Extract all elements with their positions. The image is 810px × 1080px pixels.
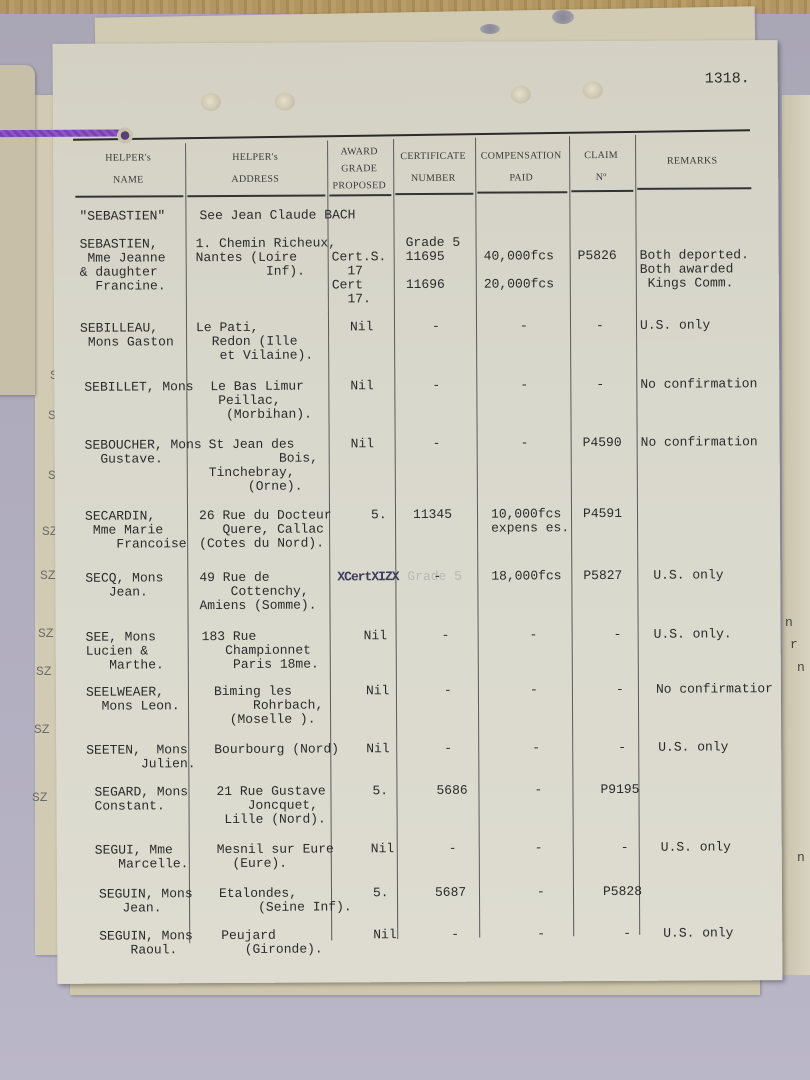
table-row: SEBILLET, Mons Le Bas Limur Peillac, (Mo… [54,377,779,381]
header-top-rule [73,129,750,140]
remarks: U.S. only [653,568,723,582]
claim-number: - [596,319,604,333]
helper-address: St Jean des Bois, Tinchebray, (Orne). [209,438,319,495]
compensation-paid: - [521,436,529,450]
claim-number: P5828 [603,885,642,899]
compensation-paid: - [537,927,545,941]
helper-address: Etalondes, (Seine Inf). [219,886,352,915]
right-edge-letter: n [785,615,793,630]
helper-address: Bourbourg (Nord) [214,742,339,757]
certificate-number: - [432,379,440,393]
margin-letter: SZ [40,568,56,583]
column-header-name: HELPER'sNAME [73,143,183,196]
certificate-number: 5687 [435,886,466,900]
remarks: No confirmatior [656,682,773,697]
claim-number: - [596,378,604,392]
helper-name: SEGUIN, Mons Jean. [99,887,193,915]
compensation-paid: 10,000fcs expens es. [491,507,569,535]
certificate-number: - [433,437,441,451]
award-grade: 5. [372,784,388,798]
helper-address: Biming les Rohrbach, (Moselle ). [214,684,323,727]
helper-address: 21 Rue Gustave Joncquet, Lille (Nord). [216,784,325,827]
claim-number: P5826 [578,235,617,263]
punch-hole [201,93,221,111]
page-number: 1318. [705,70,750,87]
award-grade: Nil [350,320,373,334]
table-row: "SEBASTIEN" See Jean Claude BACH [53,206,778,210]
helper-name: SEBILLET, Mons [84,380,193,395]
remarks: U.S. only [640,318,710,332]
helper-name: SEGARD, Mons Constant. [94,785,188,813]
helper-name: SEETEN, Mons Julien. [86,743,195,772]
back-sheet-hole [480,24,500,34]
helper-address: Le Bas Limur Peillac, (Morbihan). [210,380,312,423]
remarks: No confirmation [641,435,758,450]
table-row: SEBASTIEN, Mme Jeanne & daughter Francin… [54,234,779,238]
certificate-number: - [433,570,441,584]
punch-hole [275,93,295,111]
remarks: U.S. only [658,740,728,754]
helper-name: "SEBASTIEN" [79,209,165,223]
compensation-paid: 18,000fcs [491,569,561,583]
helper-address: 1. Chemin Richeux, Nantes (Loire Inf). [196,236,337,279]
adjacent-folder-sheet [0,65,35,395]
claim-number: - [616,683,624,697]
column-divider [475,138,480,938]
certificate-number: 11345 [413,508,452,522]
award-grade: 5. [373,886,389,900]
compensation-paid: - [520,378,528,392]
header-underline [477,191,567,193]
binding-grommet [117,127,133,143]
helper-address: 183 Rue Championnet Paris 18me. [202,630,319,673]
header-underline [187,194,325,197]
table-row: SEE, Mons Lucien & Marthe. 183 Rue Champ… [56,627,781,631]
table-row: SEBOUCHER, Mons Gustave. St Jean des Boi… [55,435,780,439]
table-row: SECQ, Mons Jean. 49 Rue de Cottenchy, Am… [55,568,780,572]
helper-name: SEGUIN, Mons Raoul. [99,929,193,957]
column-divider [393,139,398,939]
claim-number: - [621,841,629,855]
award-grade: Nil [371,842,394,856]
remarks: No confirmation [640,377,757,392]
remarks: U.S. only [661,840,731,854]
stacked-pages-edge [782,95,810,975]
right-edge-letter: n [797,660,805,675]
compensation-paid: - [532,741,540,755]
margin-letter: SZ [36,664,52,679]
column-header-award: AWARDGRADEPROPOSED [327,142,391,194]
binding-string [0,130,125,138]
table-row: SEGUIN, Mons Jean. Etalondes, (Seine Inf… [57,884,782,888]
document-page: 1318. HELPER'sNAME HELPER'sADDRESS AWARD… [53,40,783,984]
certificate-number: - [442,629,450,643]
punch-hole [511,85,531,103]
back-sheet-hole [552,10,574,24]
claim-number: P4590 [583,436,622,450]
helper-address: Le Pati, Redon (Ille et Vilaine). [196,321,313,364]
helper-address: 49 Rue de Cottenchy, Amiens (Somme). [199,571,316,614]
award-grade: Nil [364,629,387,643]
right-edge-letter: n [797,850,805,865]
helper-address: Mesnil sur Eure (Eure). [217,842,334,871]
award-grade: 5. [371,508,387,522]
award-grade: Nil [366,742,389,756]
award-grade: Cert.S. 17 Cert 17. [332,250,387,306]
column-divider [569,136,574,936]
claim-number: - [618,741,626,755]
table-row: SECARDIN, Mme Marie Francoise 26 Rue du … [55,506,780,510]
award-grade: Nil [373,928,396,942]
remarks: U.S. only [663,926,733,940]
helper-name: SEBILLEAU, Mons Gaston [80,321,174,349]
right-edge-letter: r [790,637,798,652]
award-grade: Nil [350,379,373,393]
helper-name: SECQ, Mons Jean. [85,571,163,599]
compensation-paid: - [534,783,542,797]
table-row: SEELWEAER, Mons Leon. Biming les Rohrbac… [56,682,781,686]
punch-hole [583,81,603,99]
claim-number: - [614,628,622,642]
certificate-number: - [444,742,452,756]
claim-number: - [623,927,631,941]
table-row: SEGUI, Mme Marcelle. Mesnil sur Eure (Eu… [57,840,782,844]
column-header-claim: CLAIMNº [569,141,633,193]
column-header-address: HELPER'sADDRESS [185,142,325,195]
certificate-number: - [444,684,452,698]
helper-address: Peujard (Gironde). [221,929,323,958]
helper-name: SEE, Mons Lucien & Marthe. [86,630,164,672]
table-row: SEBILLEAU, Mons Gaston Le Pati, Redon (I… [54,318,779,322]
helper-name: SEBOUCHER, Mons Gustave. [85,438,202,467]
compensation-paid: - [530,683,538,697]
certificate-number: - [432,320,440,334]
header-underline [329,194,391,196]
helper-address: 26 Rue du Docteur Quere, Callac (Cotes d… [199,508,332,551]
helper-address: See Jean Claude BACH [199,208,355,223]
table-row: SEGARD, Mons Constant. 21 Rue Gustave Jo… [56,782,781,786]
remarks: U.S. only. [654,627,732,641]
award-grade: Nil [366,684,389,698]
column-header-compensation: COMPENSATIONPAID [475,141,567,193]
helper-name: SECARDIN, Mme Marie Francoise [85,509,187,552]
margin-letter: SZ [32,790,48,805]
compensation-paid: 40,000fcs 20,000fcs [484,235,555,291]
certificate-number: - [451,928,459,942]
certificate-number: 5686 [436,784,467,798]
header-underline [395,193,473,195]
remarks: Both deported. Both awarded Kings Comm. [640,234,750,291]
table-row: SEGUIN, Mons Raoul. Peujard (Gironde). N… [57,926,782,930]
column-header-certificate: CERTIFICATENUMBER [393,142,473,194]
column-header-remarks: REMARKS [635,140,749,203]
compensation-paid: - [520,319,528,333]
margin-letter: SZ [38,626,54,641]
compensation-paid: - [530,628,538,642]
certificate-number: - [449,842,457,856]
award-grade: Nil [351,437,374,451]
certificate-number: Grade 5 11695 11696 [406,236,461,292]
header-underline [75,195,183,198]
table-row: SEETEN, Mons Julien. Bourbourg (Nord) Ni… [56,740,781,744]
claim-number: P4591 [583,507,622,521]
compensation-paid: - [537,885,545,899]
compensation-paid: - [535,841,543,855]
claim-number: P5827 [583,569,622,583]
claim-number: P9195 [600,783,639,797]
margin-letter: SZ [34,722,50,737]
award-grade-struck: XCertXIZX [337,570,398,584]
header-underline [571,190,633,192]
helper-name: SEELWEAER, Mons Leon. [86,685,180,713]
helper-name: SEGUI, Mme Marcelle. [95,843,189,871]
helper-name: SEBASTIEN, Mme Jeanne & daughter Francin… [80,237,166,293]
